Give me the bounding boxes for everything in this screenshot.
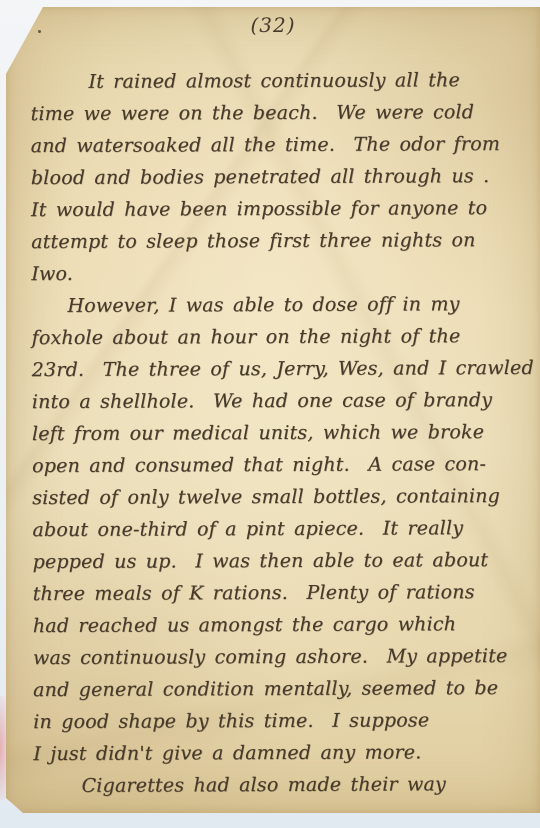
- paragraph-rain-on-beach: It rained almost continuously all the ti…: [30, 64, 525, 290]
- handwritten-line: sisted of only twelve small bottles, con…: [32, 480, 526, 514]
- handwritten-line: open and consumed that night. A case con…: [32, 448, 526, 482]
- handwritten-line: into a shellhole. We had one case of bra…: [32, 384, 526, 418]
- handwritten-line: time we were on the beach. We were cold: [31, 96, 525, 130]
- page-number: (32): [6, 13, 540, 37]
- handwritten-line: However, I was able to dose off in my: [31, 288, 525, 322]
- handwritten-line: 23rd. The three of us, Jerry, Wes, and I…: [32, 352, 526, 386]
- handwritten-line: attempt to sleep those first three night…: [31, 224, 525, 258]
- handwritten-line: was continuously coming ashore. My appet…: [33, 640, 527, 674]
- letter-page: (32) It rained almost continuously all t…: [6, 7, 540, 813]
- handwritten-line: blood and bodies penetrated all through …: [31, 160, 525, 194]
- paragraph-cigarettes: Cigarettes had also made their way: [33, 768, 527, 802]
- handwritten-line: left from our medical units, which we br…: [32, 416, 526, 450]
- handwritten-line: pepped us up. I was then able to eat abo…: [32, 544, 526, 578]
- handwritten-line: It rained almost continuously all the: [30, 64, 524, 98]
- handwritten-line: about one-third of a pint apiece. It rea…: [32, 512, 526, 546]
- handwritten-line: in good shape by this time. I suppose: [33, 704, 527, 738]
- handwritten-line: I just didn't give a damned any more.: [33, 736, 527, 770]
- scan-background: (32) It rained almost continuously all t…: [0, 0, 540, 828]
- handwritten-line: It would have been impossible for anyone…: [31, 192, 525, 226]
- handwritten-line: had reached us amongst the cargo which: [33, 608, 527, 642]
- handwritten-line: three meals of K rations. Plenty of rati…: [33, 576, 527, 610]
- handwritten-line: Cigarettes had also made their way: [33, 768, 527, 802]
- handwritten-line: and general condition mentally, seemed t…: [33, 672, 527, 706]
- handwritten-line: Iwo.: [31, 256, 525, 290]
- handwritten-line: and watersoaked all the time. The odor f…: [31, 128, 525, 162]
- paragraph-shellhole-brandy: However, I was able to dose off in my fo…: [31, 288, 527, 770]
- letter-body: It rained almost continuously all the ti…: [30, 64, 527, 802]
- handwritten-line: foxhole about an hour on the night of th…: [32, 320, 526, 354]
